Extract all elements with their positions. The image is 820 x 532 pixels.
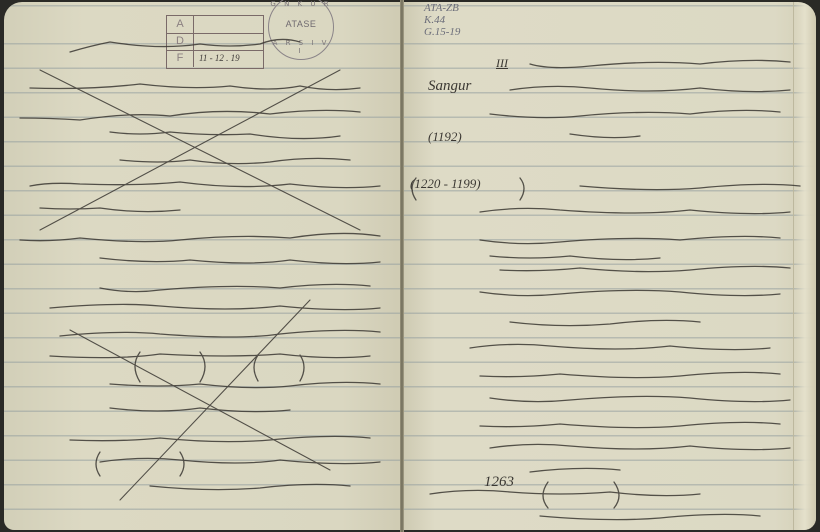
roman-numeral-iii: III [496,56,508,71]
stamp-value: 11 - 12 . 19 [199,50,240,67]
stamp-letter: A [167,16,194,33]
stamp-letter: D [167,33,194,50]
atase-archive-seal: G N K U R ATASE A R S I V I [268,0,334,60]
seal-center-text: ATASE [269,19,333,29]
archive-reference: ATA-ZB K.44 G.15-19 [424,2,460,38]
date-range-1199-1220: (1220 - 1199) [410,176,481,192]
stamp-row-f: F 11 - 12 . 19 [167,50,263,67]
date-1263: 1263 [484,474,514,491]
seal-top-text: G N K U R [269,0,333,8]
notebook-spread: A D F 11 - 12 . 19 G N K U R ATASE A R S… [0,0,820,532]
reference-line-1: ATA-ZB [424,2,460,14]
reference-line-3: G.15-19 [424,26,460,38]
stamp-letter: F [167,50,194,67]
stamp-row-a: A [167,16,263,34]
archive-stamp-box: A D F 11 - 12 . 19 [166,15,264,69]
stamp-row-d: D [167,33,263,51]
latin-word-sangur: Sangur [428,78,471,95]
notebook-spine [400,0,404,532]
date-1192: (1192) [428,129,462,145]
left-page [4,2,402,530]
seal-bottom-text: A R S I V I [269,39,333,55]
ruled-lines [4,2,402,530]
page-edge [793,2,816,530]
reference-line-2: K.44 [424,14,460,26]
